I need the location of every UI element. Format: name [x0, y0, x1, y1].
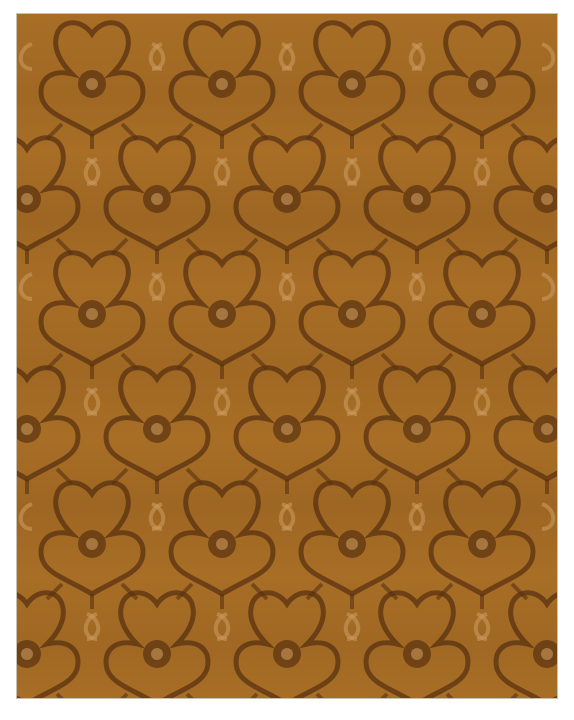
damask-pattern: [17, 14, 557, 698]
rug-photo: [17, 14, 557, 698]
